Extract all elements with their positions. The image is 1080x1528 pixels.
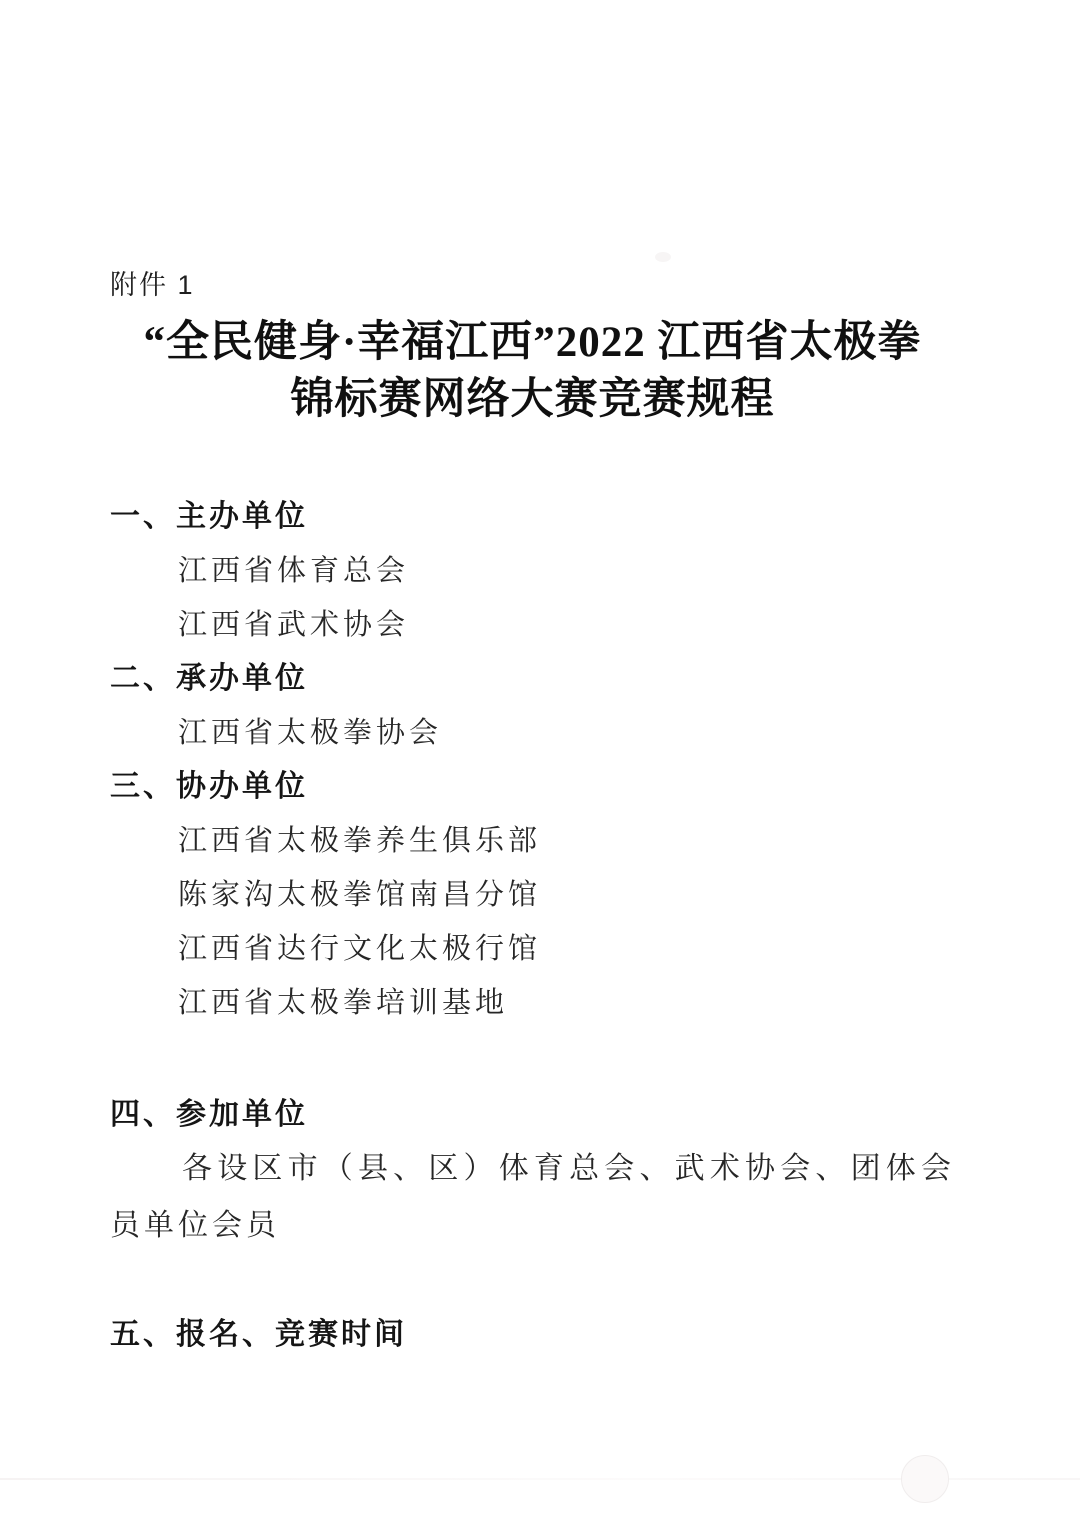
attachment-label: 附件 1 bbox=[110, 268, 955, 302]
document-content: 附件 1 “全民健身·幸福江西”2022 江西省太极拳 锦标赛网络大赛竞赛规程 … bbox=[110, 268, 955, 1352]
org-item: 江西省太极拳协会 bbox=[110, 716, 955, 750]
org-item: 江西省太极拳培训基地 bbox=[110, 986, 955, 1020]
org-item: 江西省达行文化太极行馆 bbox=[110, 932, 955, 966]
org-item: 江西省体育总会 bbox=[110, 554, 955, 588]
participating-units-paragraph: 各设区市（县、区）体育总会、武术协会、团体会员单位会员 bbox=[110, 1140, 955, 1254]
org-item: 陈家沟太极拳馆南昌分馆 bbox=[110, 878, 955, 912]
org-item: 江西省武术协会 bbox=[110, 608, 955, 642]
scan-smudge-artifact bbox=[655, 252, 671, 262]
section-heading-organizer-units: 二、承办单位 bbox=[110, 662, 955, 696]
section-heading-co-organizer-units: 三、协办单位 bbox=[110, 770, 955, 804]
document-page: 附件 1 “全民健身·幸福江西”2022 江西省太极拳 锦标赛网络大赛竞赛规程 … bbox=[0, 0, 1080, 1528]
document-title-line2: 锦标赛网络大赛竞赛规程 bbox=[110, 371, 955, 428]
document-title: “全民健身·幸福江西”2022 江西省太极拳 锦标赛网络大赛竞赛规程 bbox=[110, 314, 955, 428]
org-item: 江西省太极拳养生俱乐部 bbox=[110, 824, 955, 858]
section-heading-host-units: 一、主办单位 bbox=[110, 500, 955, 534]
scan-circle-artifact bbox=[901, 1455, 949, 1503]
document-title-line1: “全民健身·幸福江西”2022 江西省太极拳 bbox=[110, 314, 955, 371]
section-heading-registration-competition-time: 五、报名、竞赛时间 bbox=[110, 1318, 955, 1352]
section-heading-participating-units: 四、参加单位 bbox=[110, 1098, 955, 1132]
